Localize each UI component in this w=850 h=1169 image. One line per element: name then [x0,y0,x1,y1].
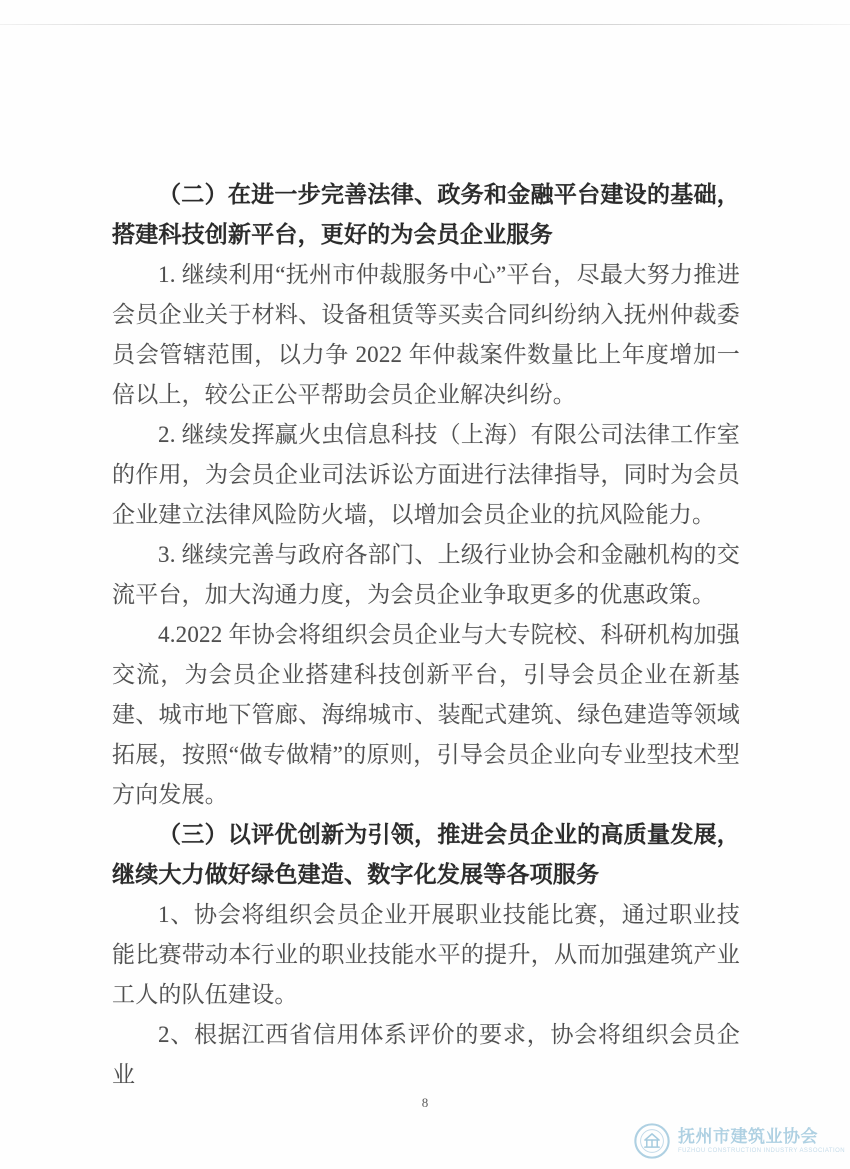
logo-text-cn: 抚州市建筑业协会 [678,1127,845,1147]
paragraph-government-exchange: 3. 继续完善与政府各部门、上级行业协会和金融机构的交流平台，加大沟通力度，为会… [112,535,740,615]
section-heading-2: （二）在进一步完善法律、政务和金融平台建设的基础，搭建科技创新平台，更好的为会员… [112,175,740,255]
page-number: 8 [0,1095,850,1111]
paragraph-arbitration-center: 1. 继续利用“抚州市仲裁服务中心”平台，尽最大努力推进会员企业关于材料、设备租… [112,255,740,415]
association-logo-watermark: 抚州市建筑业协会 FUZHOU CONSTRUCTION INDUSTRY AS… [633,1122,845,1160]
logo-text-block: 抚州市建筑业协会 FUZHOU CONSTRUCTION INDUSTRY AS… [678,1127,845,1155]
logo-text-en: FUZHOU CONSTRUCTION INDUSTRY ASSOCIATION [678,1147,845,1155]
paragraph-legal-studio: 2. 继续发挥赢火虫信息科技（上海）有限公司法律工作室的作用，为会员企业司法诉讼… [112,415,740,535]
association-emblem-icon [633,1122,671,1160]
paragraph-skill-competition: 1、协会将组织会员企业开展职业技能比赛，通过职业技能比赛带动本行业的职业技能水平… [112,895,740,1015]
scanned-document-page: （二）在进一步完善法律、政务和金融平台建设的基础，搭建科技创新平台，更好的为会员… [0,0,850,1169]
document-body: （二）在进一步完善法律、政务和金融平台建设的基础，搭建科技创新平台，更好的为会员… [112,175,740,1095]
paragraph-credit-system: 2、根据江西省信用体系评价的要求，协会将组织会员企业 [112,1015,740,1095]
paragraph-tech-innovation-platform: 4.2022 年协会将组织会员企业与大专院校、科研机构加强交流，为会员企业搭建科… [112,615,740,815]
scan-artifact-line [0,24,850,25]
section-heading-3: （三）以评优创新为引领，推进会员企业的高质量发展，继续大力做好绿色建造、数字化发… [112,815,740,895]
